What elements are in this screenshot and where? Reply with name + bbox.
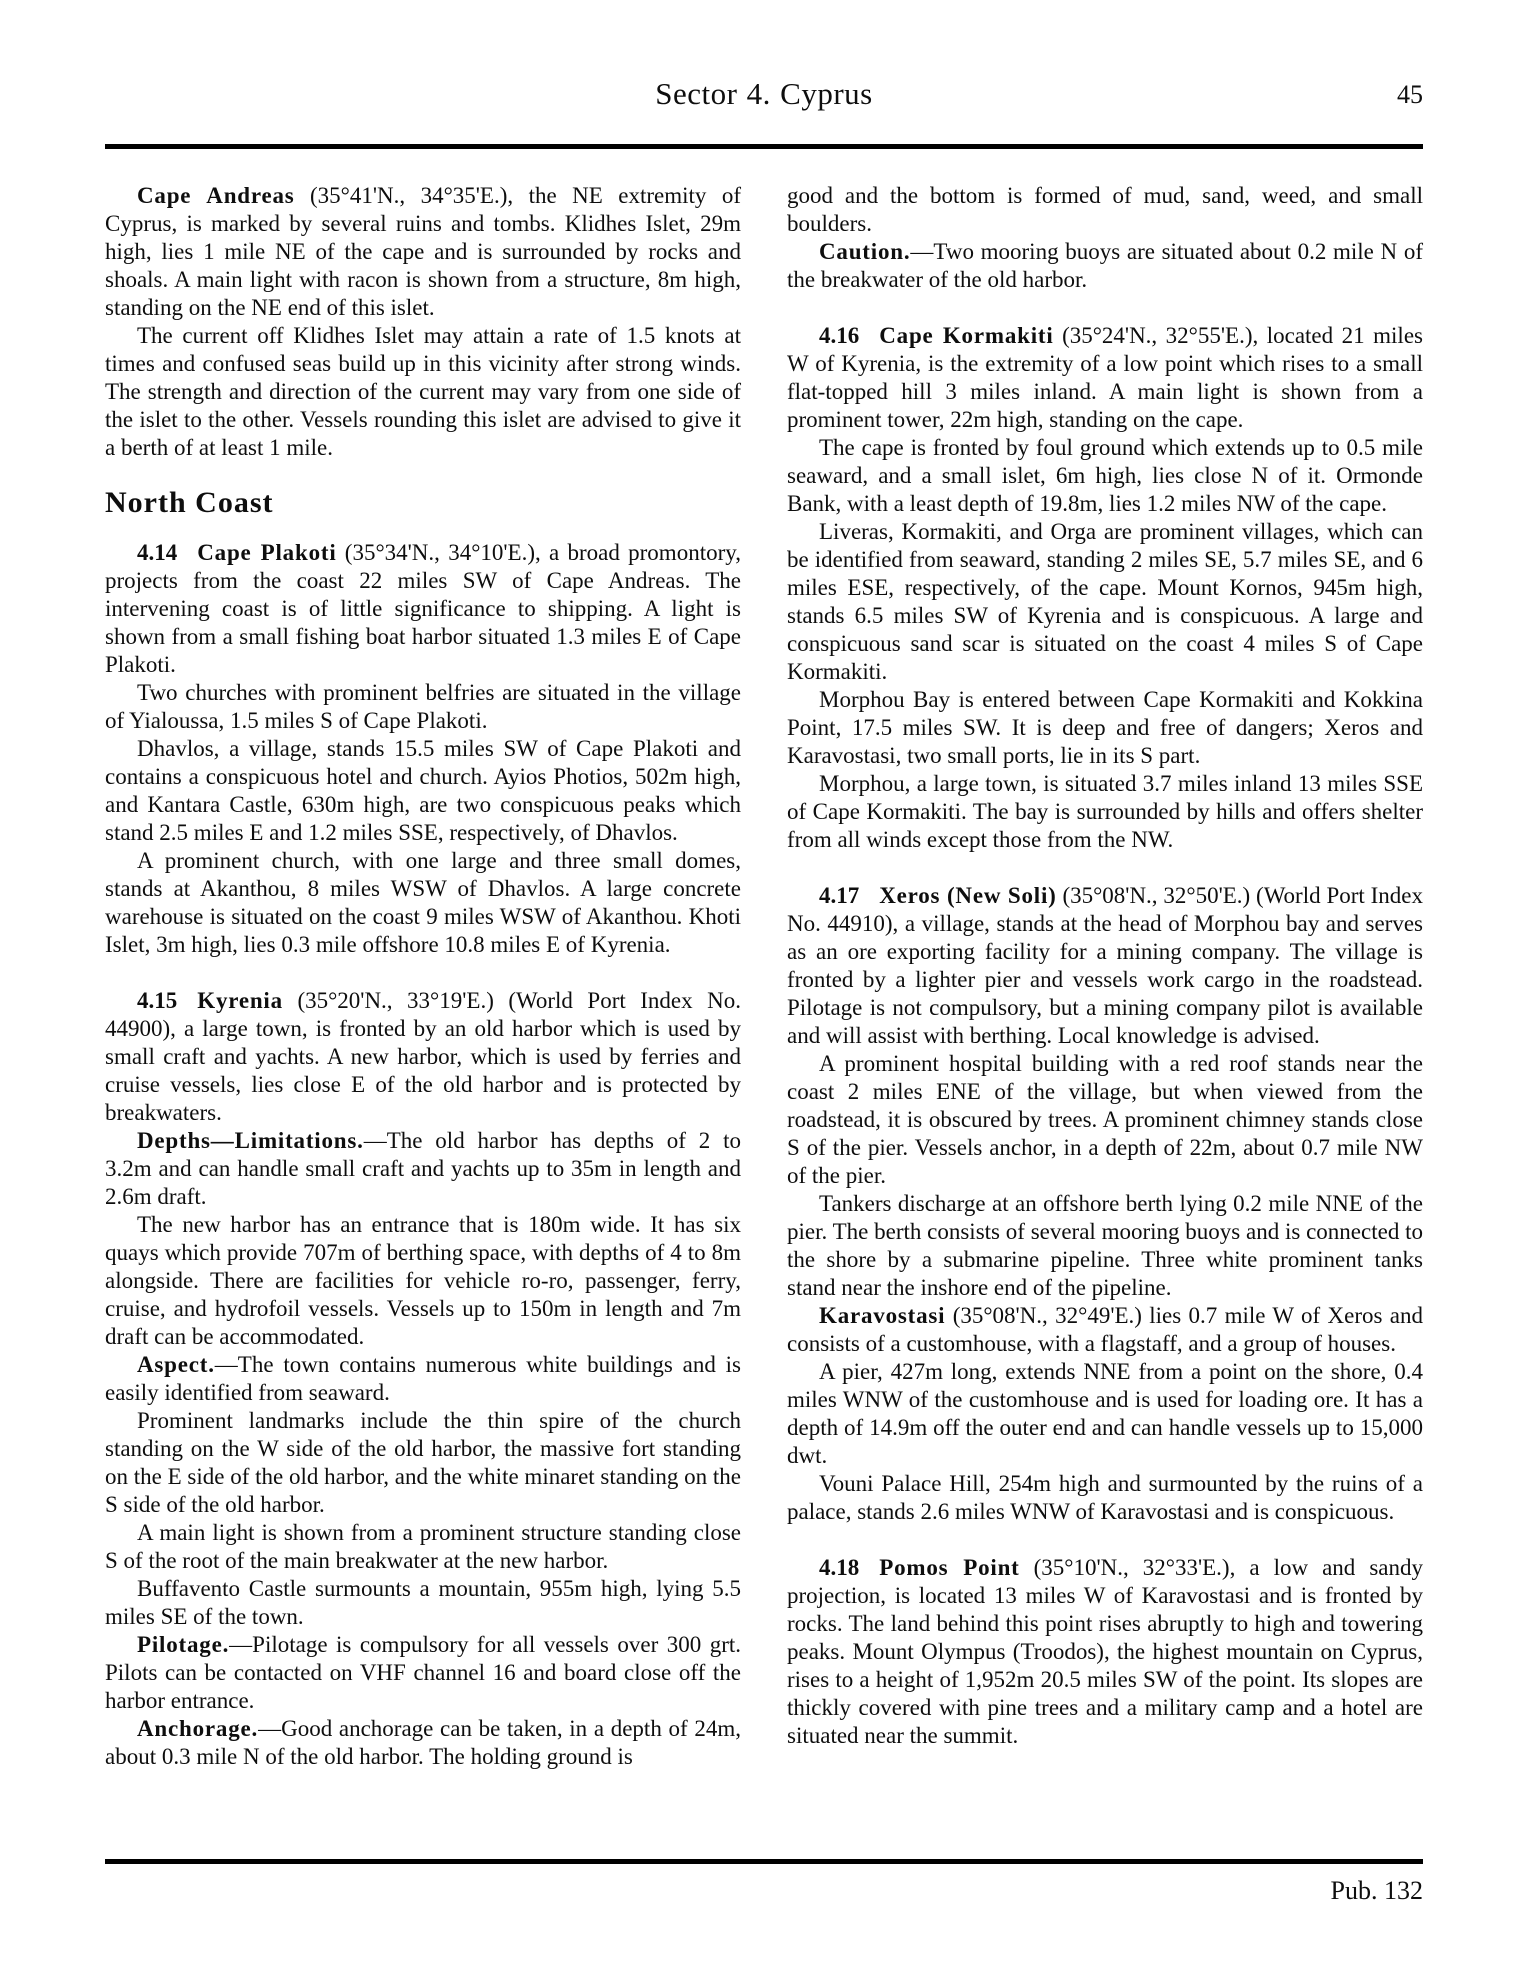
paragraph-text: A main light is shown from a prominent s…	[105, 1520, 741, 1573]
paragraph: Tankers discharge at an offshore berth l…	[787, 1190, 1423, 1302]
paragraph-lead: Caution.	[819, 239, 910, 264]
paragraph-text: Liveras, Kormakiti, and Orga are promine…	[787, 519, 1423, 684]
section-number: 4.18	[819, 1555, 859, 1580]
paragraph-text: Morphou Bay is entered between Cape Korm…	[787, 687, 1423, 768]
paragraph: A pier, 427m long, extends NNE from a po…	[787, 1358, 1423, 1470]
paragraph-text: The new harbor has an entrance that is 1…	[105, 1212, 741, 1349]
feature-name: Cape Plakoti	[197, 540, 336, 565]
publication-number: Pub. 132	[1331, 1876, 1423, 1906]
paragraph: 4.15Kyrenia (35°20'N., 33°19'E.) (World …	[105, 987, 741, 1127]
feature-name: Cape Kormakiti	[879, 323, 1053, 348]
document-page: Sector 4. Cyprus 45 Cape Andreas (35°41'…	[0, 0, 1530, 1980]
paragraph: Depths—Limitations.—The old harbor has d…	[105, 1127, 741, 1211]
paragraph: A prominent hospital building with a red…	[787, 1050, 1423, 1190]
feature-name: Kyrenia	[197, 988, 283, 1013]
header-rule	[105, 144, 1423, 149]
paragraph-text: A prominent hospital building with a red…	[787, 1051, 1423, 1188]
paragraph: Cape Andreas (35°41'N., 34°35'E.), the N…	[105, 182, 741, 322]
section-heading: North Coast	[105, 489, 741, 517]
paragraph-text: Buffavento Castle surmounts a mountain, …	[105, 1576, 741, 1629]
paragraph-text: good and the bottom is formed of mud, sa…	[787, 183, 1423, 236]
paragraph: Vouni Palace Hill, 254m high and surmoun…	[787, 1470, 1423, 1526]
section-number: 4.15	[137, 988, 177, 1013]
paragraph: Morphou Bay is entered between Cape Korm…	[787, 686, 1423, 770]
paragraph: The cape is fronted by foul ground which…	[787, 434, 1423, 518]
paragraph: The new harbor has an entrance that is 1…	[105, 1211, 741, 1351]
feature-name: Karavostasi	[819, 1303, 945, 1328]
paragraph: Liveras, Kormakiti, and Orga are promine…	[787, 518, 1423, 686]
paragraph-lead: Depths—Limitations.	[137, 1128, 364, 1153]
paragraph: Two churches with prominent belfries are…	[105, 679, 741, 735]
paragraph: A prominent church, with one large and t…	[105, 847, 741, 959]
paragraph: Aspect.—The town contains numerous white…	[105, 1351, 741, 1407]
paragraph: good and the bottom is formed of mud, sa…	[787, 182, 1423, 238]
footer-rule	[105, 1859, 1423, 1864]
paragraph-text: The current off Klidhes Islet may attain…	[105, 323, 741, 460]
paragraph-text: Prominent landmarks include the thin spi…	[105, 1408, 741, 1517]
text-columns: Cape Andreas (35°41'N., 34°35'E.), the N…	[105, 182, 1423, 1771]
paragraph: Morphou, a large town, is situated 3.7 m…	[787, 770, 1423, 854]
paragraph: Anchorage.—Good anchorage can be taken, …	[105, 1715, 741, 1771]
paragraph-text: Dhavlos, a village, stands 15.5 miles SW…	[105, 736, 741, 845]
paragraph-text: The cape is fronted by foul ground which…	[787, 435, 1423, 516]
section-number: 4.14	[137, 540, 177, 565]
left-column: Cape Andreas (35°41'N., 34°35'E.), the N…	[105, 182, 741, 1771]
paragraph: Karavostasi (35°08'N., 32°49'E.) lies 0.…	[787, 1302, 1423, 1358]
paragraph: Caution.—Two mooring buoys are situated …	[787, 238, 1423, 294]
page-title: Sector 4. Cyprus	[105, 76, 1423, 112]
paragraph-lead: Pilotage.	[137, 1632, 229, 1657]
paragraph-text: (35°10'N., 32°33'E.), a low and sandy pr…	[787, 1555, 1423, 1748]
section-number: 4.16	[819, 323, 859, 348]
paragraph-text: Vouni Palace Hill, 254m high and surmoun…	[787, 1471, 1423, 1524]
paragraph: Prominent landmarks include the thin spi…	[105, 1407, 741, 1519]
paragraph-text: A pier, 427m long, extends NNE from a po…	[787, 1359, 1423, 1468]
right-column: good and the bottom is formed of mud, sa…	[787, 182, 1423, 1771]
paragraph: A main light is shown from a prominent s…	[105, 1519, 741, 1575]
feature-name: Cape Andreas	[137, 183, 295, 208]
paragraph: 4.16Cape Kormakiti (35°24'N., 32°55'E.),…	[787, 322, 1423, 434]
paragraph: Dhavlos, a village, stands 15.5 miles SW…	[105, 735, 741, 847]
section-number: 4.17	[819, 883, 859, 908]
paragraph: 4.14Cape Plakoti (35°34'N., 34°10'E.), a…	[105, 539, 741, 679]
page-number: 45	[1397, 80, 1423, 110]
paragraph-lead: Anchorage.	[137, 1716, 258, 1741]
paragraph: Buffavento Castle surmounts a mountain, …	[105, 1575, 741, 1631]
paragraph-text: Morphou, a large town, is situated 3.7 m…	[787, 771, 1423, 852]
paragraph-text: Two churches with prominent belfries are…	[105, 680, 741, 733]
paragraph-lead: Aspect.	[137, 1352, 215, 1377]
paragraph: 4.17Xeros (New Soli) (35°08'N., 32°50'E.…	[787, 882, 1423, 1050]
paragraph: Pilotage.—Pilotage is compulsory for all…	[105, 1631, 741, 1715]
paragraph-text: A prominent church, with one large and t…	[105, 848, 741, 957]
feature-name: Xeros (New Soli)	[879, 883, 1056, 908]
paragraph: The current off Klidhes Islet may attain…	[105, 322, 741, 462]
paragraph-text: Tankers discharge at an offshore berth l…	[787, 1191, 1423, 1300]
paragraph: 4.18Pomos Point (35°10'N., 32°33'E.), a …	[787, 1554, 1423, 1750]
feature-name: Pomos Point	[879, 1555, 1019, 1580]
